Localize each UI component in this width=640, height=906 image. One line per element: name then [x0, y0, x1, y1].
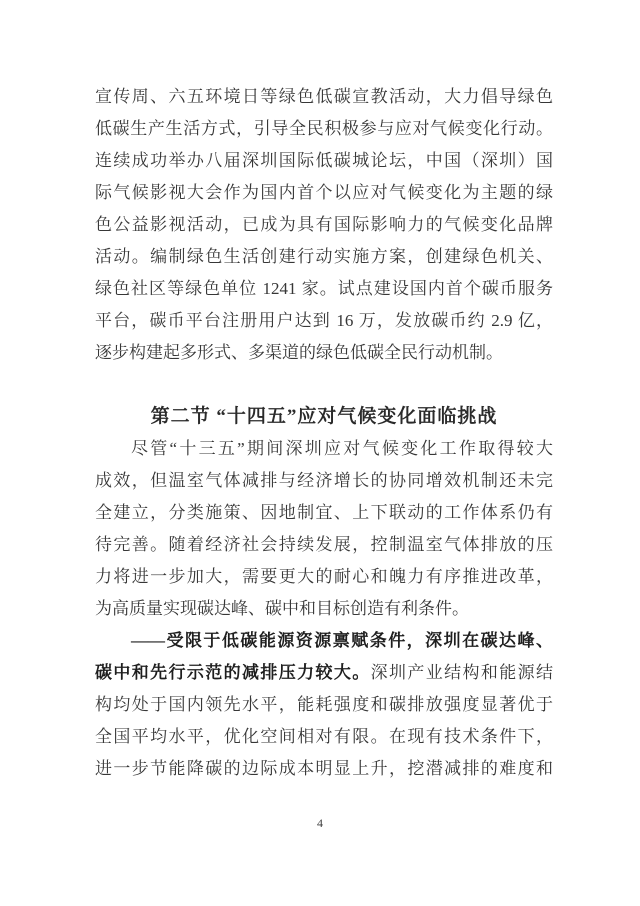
body-line: 绿色社区等绿色单位 1241 家。试点建设国内首个碳币服务 — [95, 273, 553, 305]
body-line: 力将进一步加大，需要更大的耐心和魄力有序推进改革， — [95, 561, 553, 593]
text-column: 宣传周、六五环境日等绿色低碳宣教活动，大力倡导绿色 低碳生产生活方式，引导全民积… — [95, 81, 553, 785]
body-line: 全建立，分类施策、因地制宜、上下联动的工作体系仍有 — [95, 497, 553, 529]
body-line: 逐步构建起多形式、多渠道的绿色低碳全民行动机制。 — [95, 337, 553, 369]
body-line-mixed: 碳中和先行示范的减排压力较大。深圳产业结构和能源结 — [95, 657, 553, 689]
body-line: 全国平均水平，优化空间相对有限。在现有技术条件下， — [95, 721, 553, 753]
body-line: 构均处于国内领先水平，能耗强度和碳排放强度显著优于 — [95, 689, 553, 721]
bold-lead-text: 碳中和先行示范的减排压力较大。 — [95, 663, 371, 682]
body-line: 尽管“十三五”期间深圳应对气候变化工作取得较大 — [95, 433, 553, 465]
normal-text: 深圳产业结构和能源结 — [371, 663, 553, 682]
page-number: 4 — [0, 810, 640, 836]
body-line: 际气候影视大会作为国内首个以应对气候变化为主题的绿 — [95, 177, 553, 209]
body-line: 活动。编制绿色生活创建行动实施方案，创建绿色机关、 — [95, 241, 553, 273]
body-line: 为高质量实现碳达峰、碳中和目标创造有利条件。 — [95, 593, 553, 625]
body-line: 待完善。随着经济社会持续发展，控制温室气体排放的压 — [95, 529, 553, 561]
body-line: 进一步节能降碳的边际成本明显上升，挖潜减排的难度和 — [95, 753, 553, 785]
body-line: 宣传周、六五环境日等绿色低碳宣教活动，大力倡导绿色 — [95, 81, 553, 113]
body-line: 连续成功举办八届深圳国际低碳城论坛，中国（深圳）国 — [95, 145, 553, 177]
body-line-bold-lead: ——受限于低碳能源资源禀赋条件，深圳在碳达峰、 — [95, 625, 553, 657]
bold-lead-text: ——受限于低碳能源资源禀赋条件，深圳在碳达峰、 — [131, 631, 553, 650]
blank-line — [95, 369, 553, 401]
section-heading: 第二节 “十四五”应对气候变化面临挑战 — [95, 401, 553, 433]
document-page: 宣传周、六五环境日等绿色低碳宣教活动，大力倡导绿色 低碳生产生活方式，引导全民积… — [0, 0, 640, 906]
body-line: 成效，但温室气体减排与经济增长的协同增效机制还未完 — [95, 465, 553, 497]
body-line: 平台，碳币平台注册用户达到 16 万，发放碳币约 2.9 亿， — [95, 305, 553, 337]
body-line: 色公益影视活动，已成为具有国际影响力的气候变化品牌 — [95, 209, 553, 241]
body-line: 低碳生产生活方式，引导全民积极参与应对气候变化行动。 — [95, 113, 553, 145]
